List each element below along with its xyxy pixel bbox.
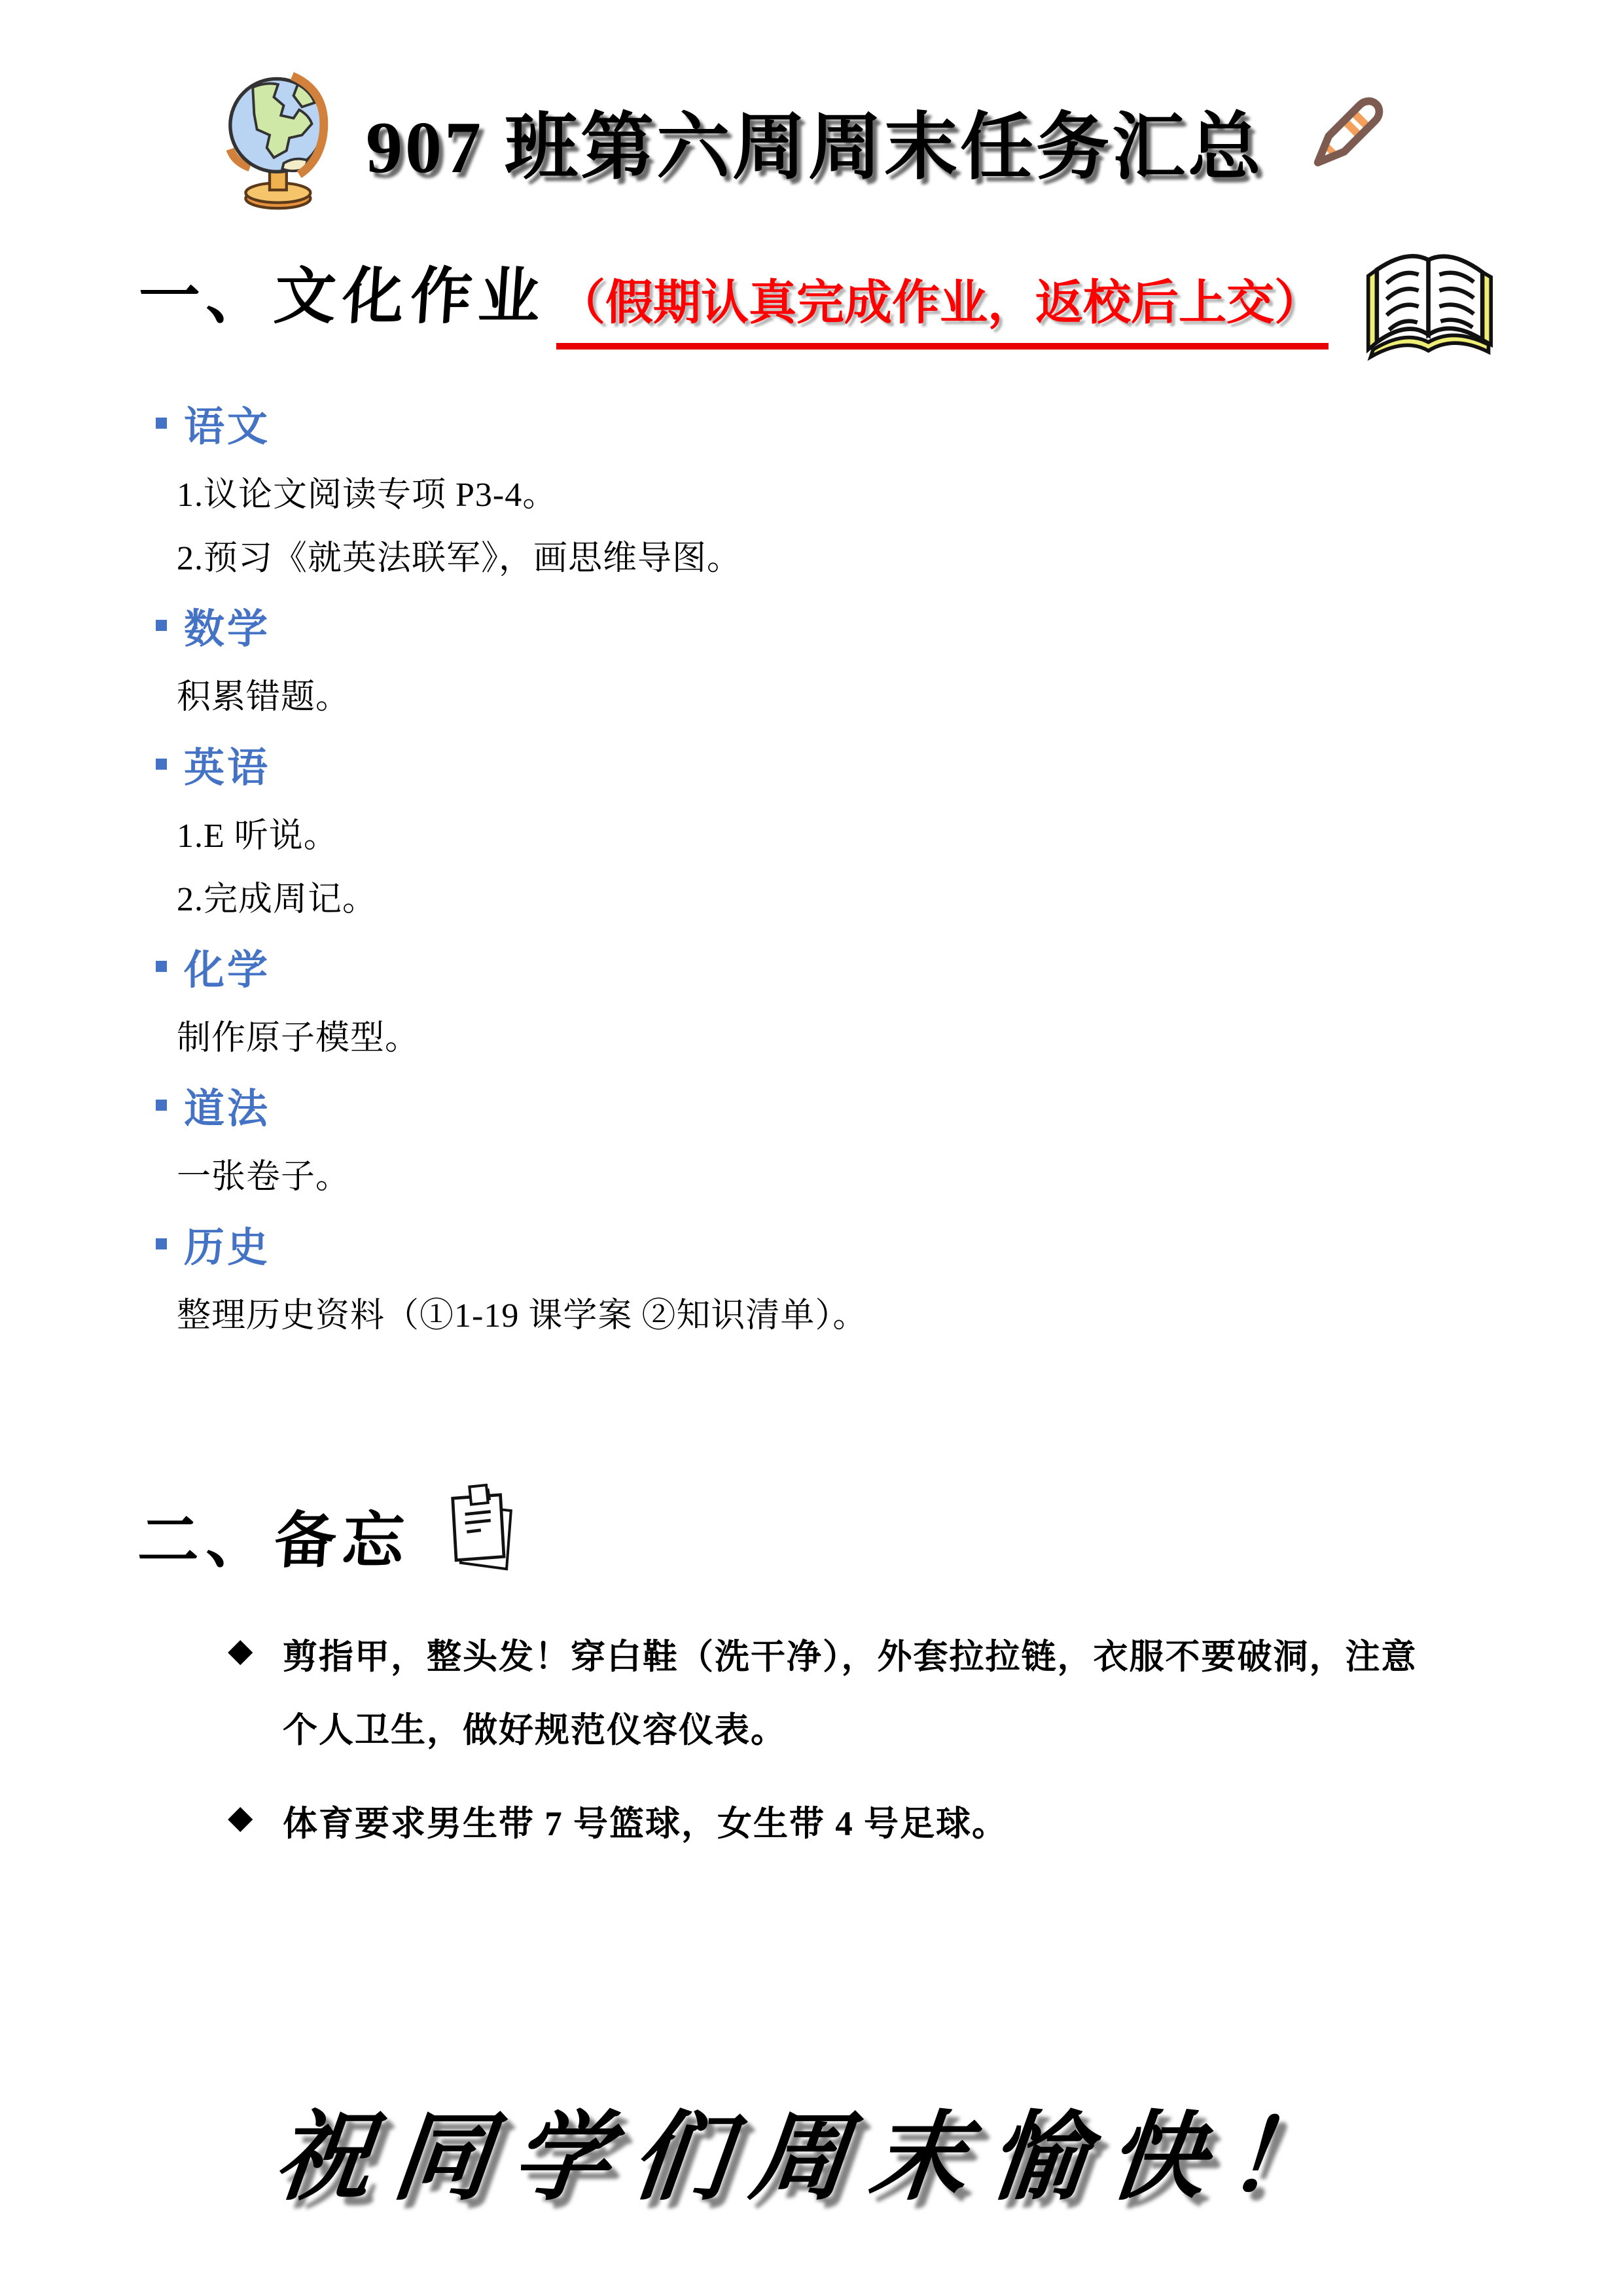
subject-header: 语文 (156, 394, 1623, 452)
subject-header: 历史 (156, 1215, 1623, 1273)
subject-block: 化学制作原子模型。 (156, 937, 1623, 1059)
homework-section-header: 一、文化作业 （假期认真完成作业，返校后上交） (139, 247, 1623, 376)
memo-heading: 二、备忘 (135, 1491, 414, 1579)
subject-name: 道法 (184, 1076, 270, 1134)
subject-bullet-icon (156, 418, 167, 429)
diamond-bullet-icon: ◆ (228, 1621, 283, 1768)
subject-task: 2.预习《就英法联军》，画思维导图。 (177, 530, 1623, 579)
subject-name: 语文 (184, 394, 270, 452)
footer-wish: 祝同学们周末愉快！ (0, 2080, 1623, 2219)
subject-block: 语文1.议论文阅读专项 P3-4。2.预习《就英法联军》，画思维导图。 (156, 394, 1623, 579)
memo-text: 体育要求男生带 7 号篮球，女生带 4 号足球。 (283, 1787, 1435, 1861)
memo-icon (433, 1479, 522, 1580)
subject-name: 化学 (184, 937, 270, 996)
subject-task: 积累错题。 (177, 669, 1623, 718)
subject-bullet-icon (156, 1238, 167, 1249)
memo-list: ◆剪指甲，整头发！穿白鞋（洗干净），外套拉拉链，衣服不要破洞，注意个人卫生，做好… (228, 1621, 1438, 1861)
open-book-icon (1356, 235, 1503, 376)
subject-name: 历史 (184, 1215, 270, 1273)
globe-icon (213, 69, 354, 213)
subject-header: 道法 (156, 1076, 1623, 1134)
memo-text: 剪指甲，整头发！穿白鞋（洗干净），外套拉拉链，衣服不要破洞，注意个人卫生，做好规… (283, 1621, 1435, 1768)
subject-bullet-icon (156, 1100, 167, 1111)
subject-header: 化学 (156, 937, 1623, 996)
homework-heading: 一、文化作业 (135, 247, 550, 335)
subject-task: 1.E 听说。 (177, 808, 1623, 857)
subject-block: 数学积累错题。 (156, 596, 1623, 718)
subject-bullet-icon (156, 961, 167, 972)
diamond-bullet-icon: ◆ (228, 1787, 283, 1861)
subject-block: 历史整理历史资料（①1-19 课学案 ②知识清单）。 (156, 1215, 1623, 1336)
subject-task: 2.完成周记。 (177, 871, 1623, 920)
subject-block: 道法一张卷子。 (156, 1076, 1623, 1198)
subject-header: 英语 (156, 735, 1623, 793)
subjects-list: 语文1.议论文阅读专项 P3-4。2.预习《就英法联军》，画思维导图。数学积累错… (156, 394, 1623, 1336)
homework-note: （假期认真完成作业，返校后上交） (556, 264, 1329, 350)
subject-name: 数学 (184, 596, 270, 655)
subject-task: 1.议论文阅读专项 P3-4。 (177, 467, 1623, 516)
subject-task: 制作原子模型。 (177, 1010, 1623, 1059)
subject-bullet-icon (156, 759, 167, 770)
title-row: 907 班第六周周末任务汇总 (0, 0, 1623, 213)
pencil-icon (1282, 67, 1410, 202)
subject-header: 数学 (156, 596, 1623, 655)
subject-block: 英语1.E 听说。2.完成周记。 (156, 735, 1623, 920)
memo-section-header: 二、备忘 (139, 1490, 1623, 1580)
memo-item: ◆体育要求男生带 7 号篮球，女生带 4 号足球。 (228, 1787, 1438, 1861)
page-title: 907 班第六周周末任务汇总 (366, 88, 1264, 194)
memo-item: ◆剪指甲，整头发！穿白鞋（洗干净），外套拉拉链，衣服不要破洞，注意个人卫生，做好… (228, 1621, 1438, 1768)
subject-task: 整理历史资料（①1-19 课学案 ②知识清单）。 (177, 1287, 1623, 1336)
subject-bullet-icon (156, 620, 167, 631)
subject-task: 一张卷子。 (177, 1149, 1623, 1198)
document-page: 907 班第六周周末任务汇总 一、文化作业 （假期认真完成作业，返校后上交） (0, 0, 1623, 2296)
subject-name: 英语 (184, 735, 270, 793)
